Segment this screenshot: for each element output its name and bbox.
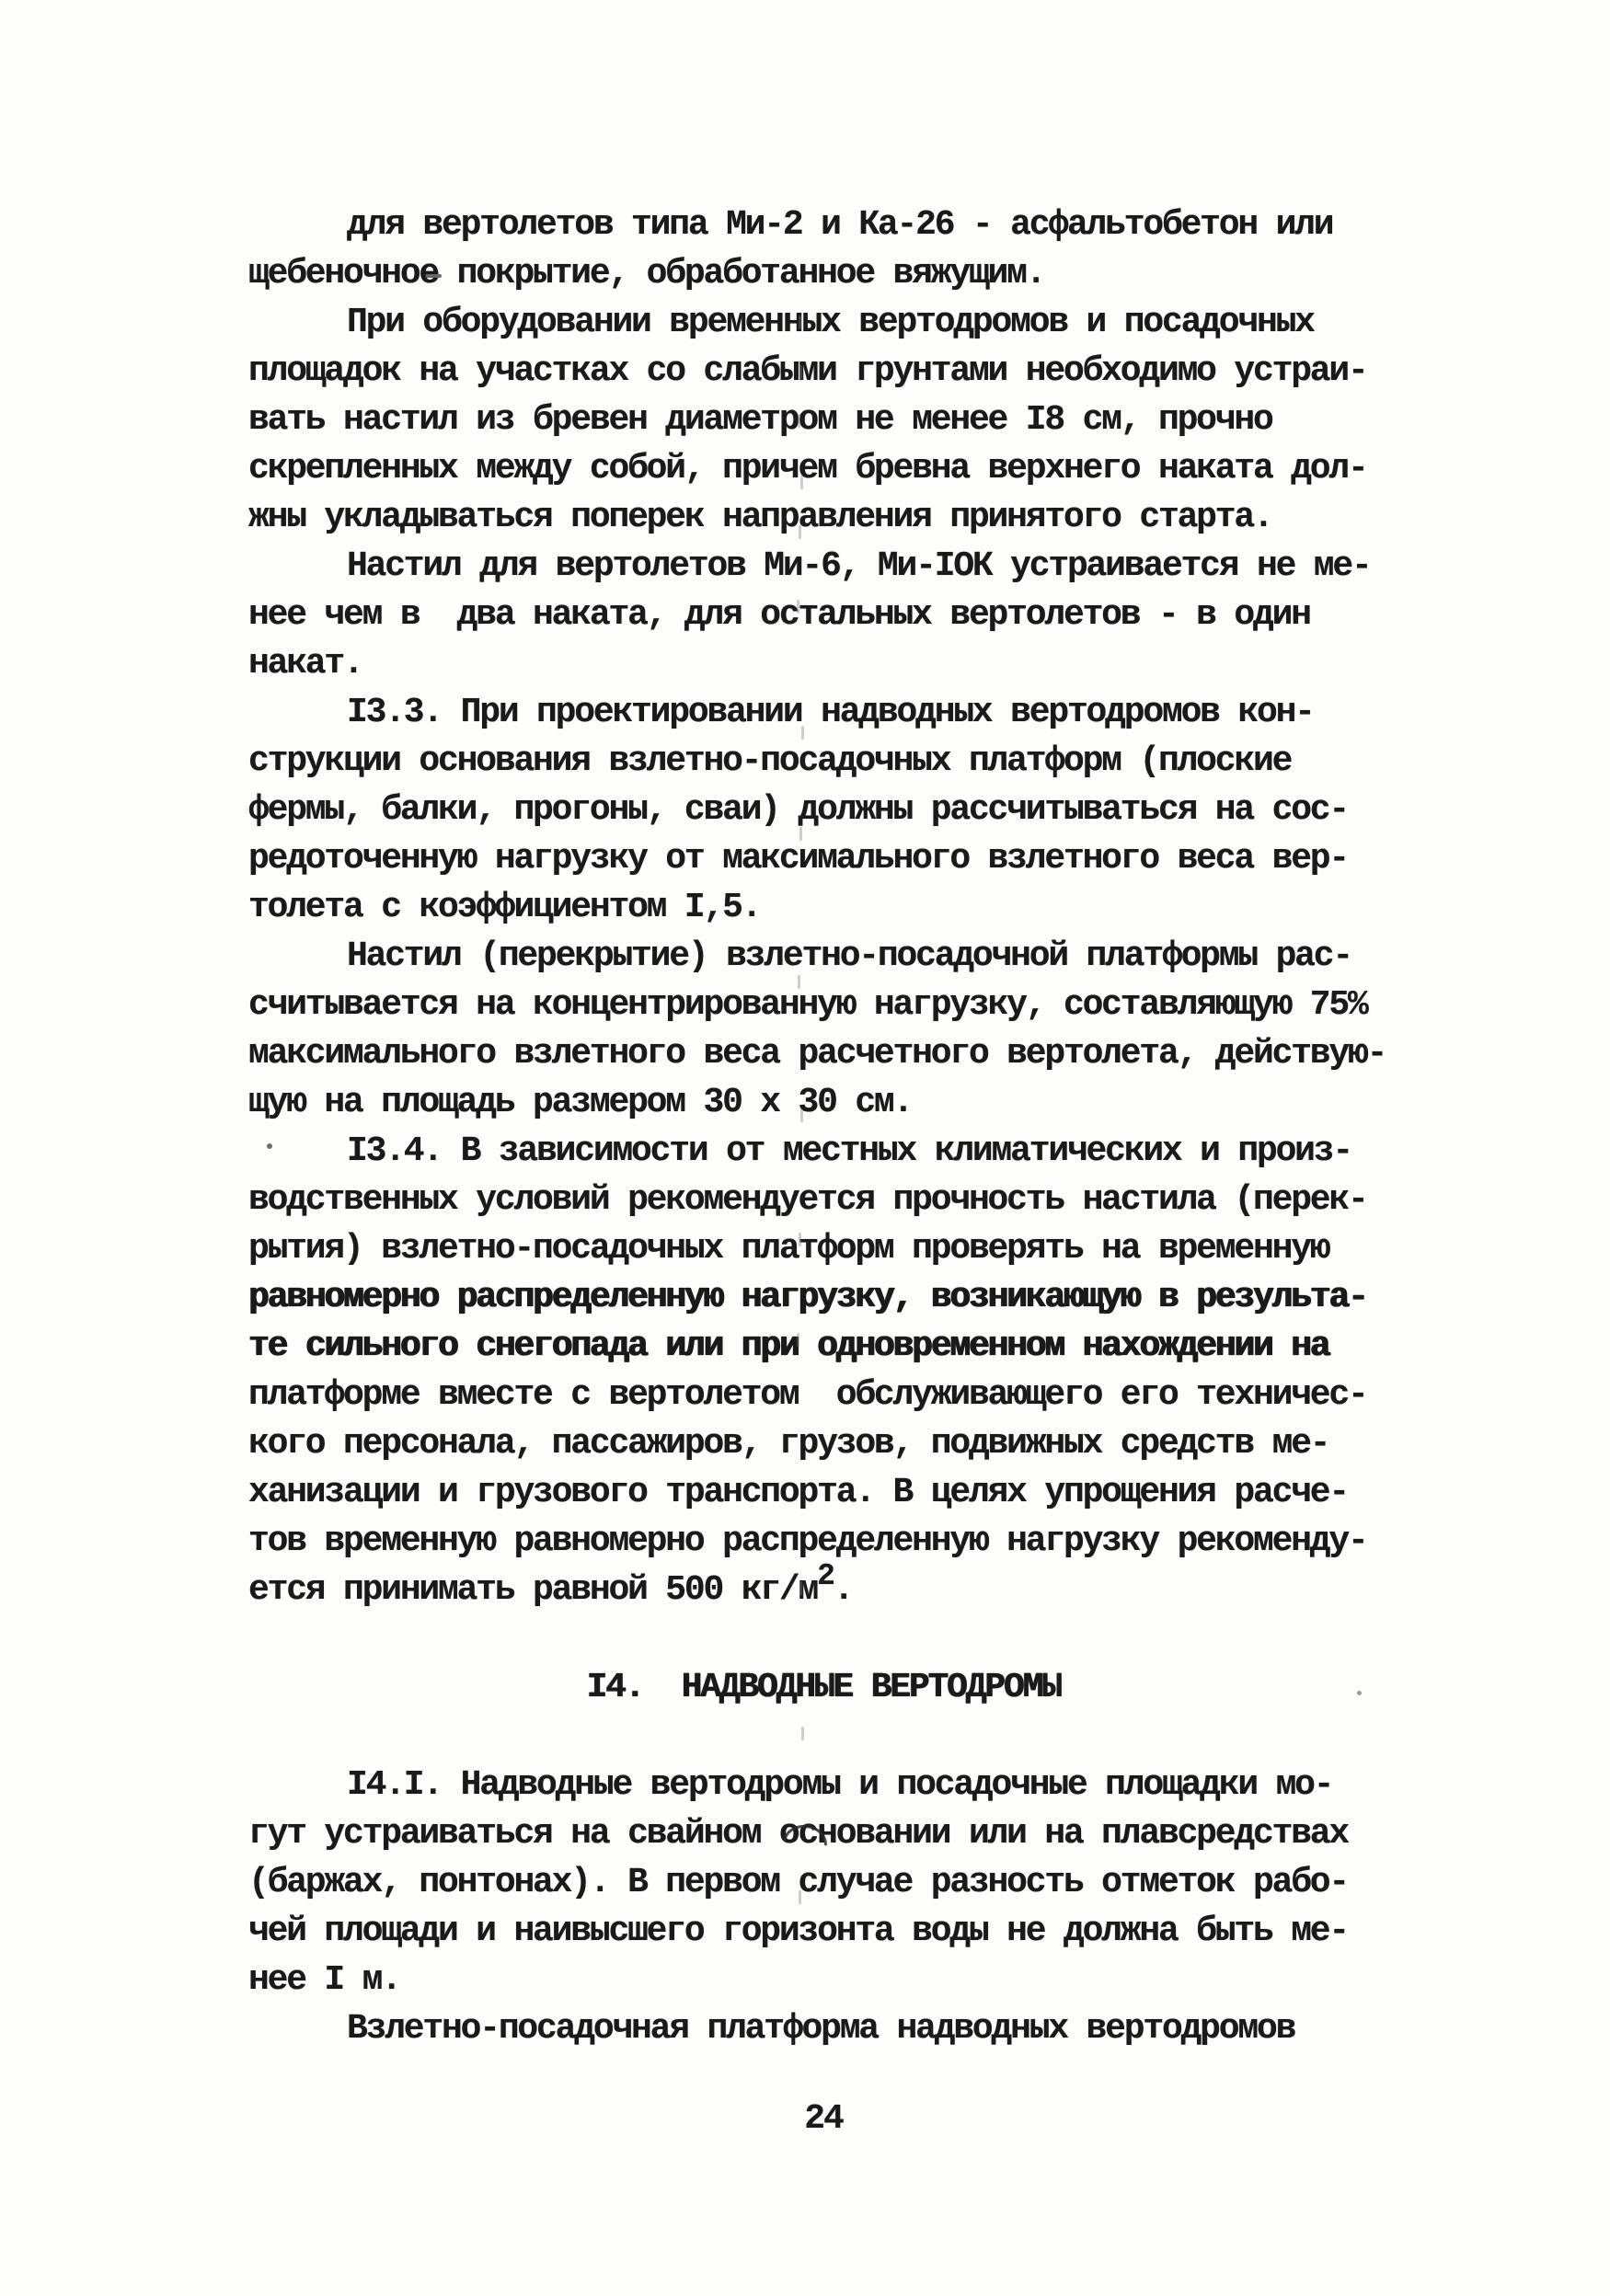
fold-mark (798, 975, 800, 989)
text-line: чей площади и наивысшего горизонта воды … (248, 1907, 1398, 1956)
text-line: водственных условий рекомендуется прочно… (248, 1176, 1398, 1224)
document-page: для вертолетов типа Ми-2 и Ка-26 - асфал… (0, 0, 1610, 2296)
text-line: площадок на участках со слабыми грунтами… (248, 347, 1398, 396)
text-line: (баржах, понтонах). В первом случае разн… (248, 1858, 1398, 1907)
fold-mark (800, 476, 803, 489)
text-line: накат. (248, 639, 1398, 688)
fold-mark (799, 525, 801, 539)
text-line: равномерно распределенную нагрузку, возн… (248, 1273, 1398, 1322)
text-line: ханизации и грузового транспорта. В целя… (248, 1468, 1398, 1517)
fold-mark (797, 1333, 799, 1347)
text-line: вать настил из бревен диаметром не менее… (248, 396, 1398, 444)
text-line: струкции основания взлетно-посадочных пл… (248, 737, 1398, 786)
text-line: I4.I. Надводные вертодромы и посадочные … (248, 1761, 1398, 1809)
text-line: жны укладываться поперек направления при… (248, 493, 1398, 542)
text-line: Настил для вертолетов Ми-6, Ми-IОК устра… (248, 542, 1398, 591)
text-line: фермы, балки, прогоны, сваи) должны расс… (248, 786, 1398, 834)
text-line: те сильного снегопада или при одновремен… (248, 1322, 1398, 1371)
text-line: считывается на концентрированную нагрузк… (248, 981, 1398, 1029)
fold-mark (799, 316, 801, 329)
fold-mark (799, 365, 802, 379)
fold-mark (801, 1727, 804, 1740)
text-line: нее чем в два наката, для остальных верт… (248, 591, 1398, 639)
text-block: для вертолетов типа Ми-2 и Ка-26 - асфал… (248, 201, 1398, 2053)
fold-mark (797, 600, 799, 614)
text-line: рытия) взлетно-посадочных платформ прове… (248, 1224, 1398, 1273)
text-line: Настил (перекрытие) взлетно-посадочной п… (248, 932, 1398, 981)
ink-speck (425, 274, 442, 278)
fold-mark (800, 1108, 803, 1122)
fold-mark (799, 827, 802, 841)
section-heading: I4. НАДВОДНЫЕ ВЕРТОДРОМЫ (248, 1663, 1398, 1712)
text-line: платформе вместе с вертолетом обслуживаю… (248, 1371, 1398, 1419)
text-line: максимального взлетного веса расчетного … (248, 1029, 1398, 1078)
page-number: 24 (248, 2099, 1398, 2139)
text-line: толета с коэффициентом I,5. (248, 883, 1398, 932)
fold-mark (798, 414, 800, 428)
text-line: ется принимать равной 500 кг/м2. (248, 1566, 1398, 1614)
blank-line (248, 1712, 1398, 1761)
ink-speck (267, 1143, 272, 1149)
fold-mark (801, 726, 804, 740)
superscript: 2 (817, 1552, 834, 1601)
text-line: I3.4. В зависимости от местных климатиче… (248, 1127, 1398, 1176)
text-line: I3.3. При проектировании надводных верто… (248, 688, 1398, 737)
text-line: При оборудовании временных вертодромов и… (248, 298, 1398, 347)
text-line: щую на площадь размером 30 х 30 см. (248, 1078, 1398, 1127)
text-line: редоточенную нагрузку от максимального в… (248, 834, 1398, 883)
text-line: для вертолетов типа Ми-2 и Ка-26 - асфал… (248, 201, 1398, 249)
text-line: щебеночное покрытие, обработанное вяжущи… (248, 249, 1398, 298)
text-line: нее I м. (248, 1956, 1398, 2004)
text-line: Взлетно-посадочная платформа надводных в… (248, 2004, 1398, 2053)
text-line: кого персонала, пассажиров, грузов, подв… (248, 1419, 1398, 1468)
blank-line (248, 1614, 1398, 1663)
fold-mark (799, 1233, 801, 1246)
text-line: скрепленных между собой, причем бревна в… (248, 444, 1398, 493)
fold-mark (799, 1890, 801, 1904)
ink-speck (1357, 1691, 1362, 1695)
fold-mark (799, 1581, 802, 1595)
